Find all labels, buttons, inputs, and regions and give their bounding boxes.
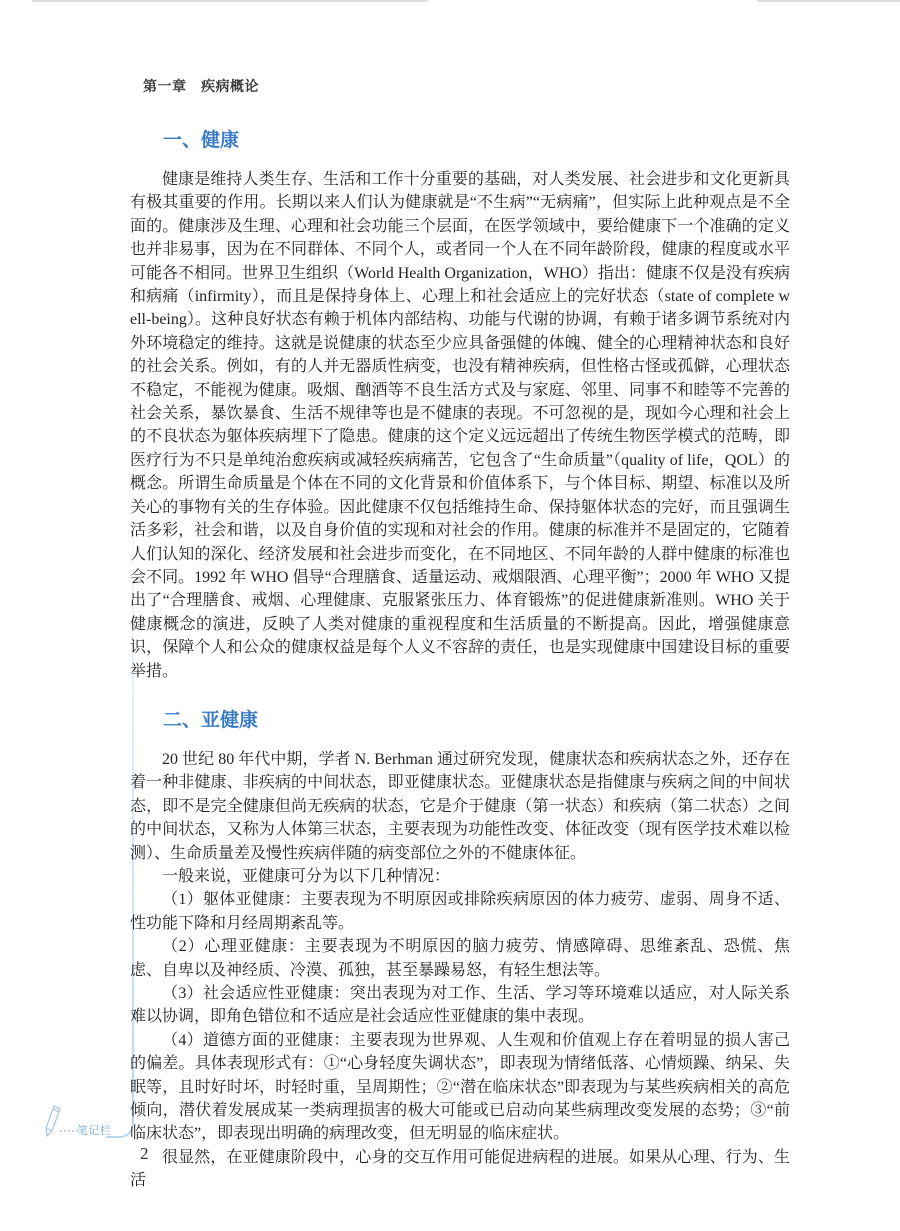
page-content: 一、健康 健康是维持人类生存、生活和工作十分重要的基础，对人类发展、社会进步和文… xyxy=(130,128,790,1193)
paragraph: 健康是维持人类生存、生活和工作十分重要的基础，对人类发展、社会进步和文化更新具有… xyxy=(130,168,790,683)
chapter-header: 第一章 疾病概论 xyxy=(143,76,259,96)
book-page: 第一章 疾病概论 笔记栏 一、健康 健康是维持人类生存、生活和工作十分重要的基础… xyxy=(0,0,900,1231)
section-title-health: 一、健康 xyxy=(163,128,790,154)
page-top-edge-right xyxy=(757,0,900,2)
pencil-icon xyxy=(42,1102,68,1140)
paragraph: （4）道德方面的亚健康：主要表现为世界观、人生观和价值观上存在着明显的损人害己的… xyxy=(130,1029,790,1146)
page-number: 2 xyxy=(140,1144,149,1164)
paragraph: （2）心理亚健康：主要表现为不明原因的脑力疲劳、情感障碍、思维紊乱、恐慌、焦虑、… xyxy=(130,935,790,982)
page-top-edge-left xyxy=(32,0,428,2)
paragraph: 很显然，在亚健康阶段中，心身的交互作用可能促进病程的进展。如果从心理、行为、生活 xyxy=(130,1146,790,1193)
section-title-subhealth: 二、亚健康 xyxy=(163,708,790,734)
paragraph: （1）躯体亚健康：主要表现为不明原因或排除疾病原因的体力疲劳、虚弱、周身不适、性… xyxy=(130,888,790,935)
paragraph: 20 世纪 80 年代中期，学者 N. Berhman 通过研究发现，健康状态和… xyxy=(130,748,790,865)
note-column-label: 笔记栏 xyxy=(77,1122,112,1138)
paragraph: （3）社会适应性亚健康：突出表现为对工作、生活、学习等环境难以适应，对人际关系难… xyxy=(130,982,790,1029)
paragraph: 一般来说，亚健康可分为以下几种情况： xyxy=(130,865,790,888)
